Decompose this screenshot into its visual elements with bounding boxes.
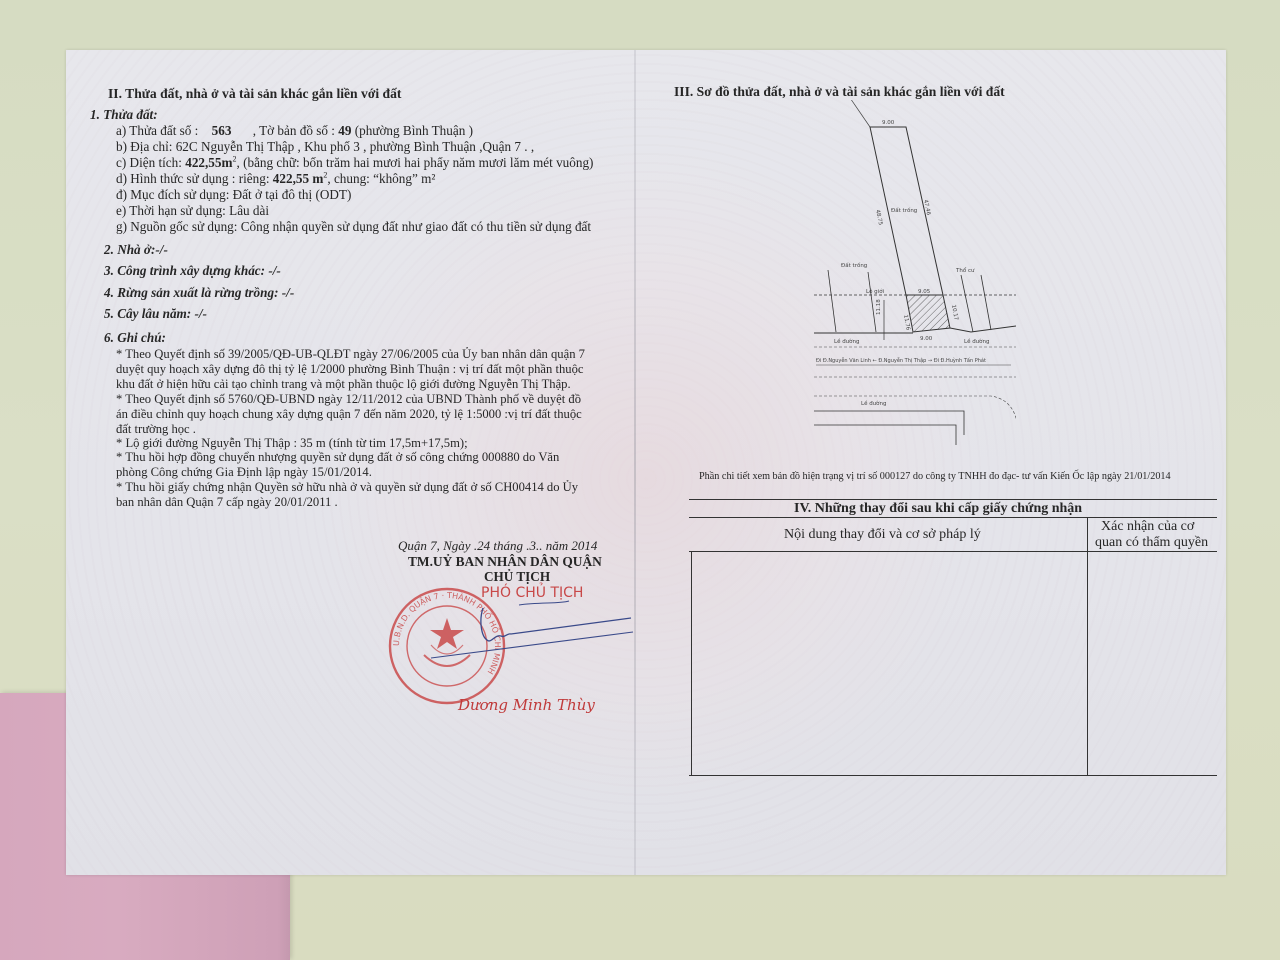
area-in-words: , (bằng chữ: bốn trăm hai mươi hai phẩy …: [236, 155, 593, 170]
signer-name: Dương Minh Thùy: [458, 697, 595, 713]
section-2-title: II. Thửa đất, nhà ở và tài sản khác gắn …: [108, 86, 401, 102]
map-number: 49: [338, 123, 351, 138]
usage-origin: g) Nguồn gốc sử dụng: Công nhận quyền sử…: [116, 219, 591, 235]
parcel-diagram: 9.00 48.75 47.46 Đất trống Đất trống Thổ…: [806, 100, 1016, 460]
land-heading: 1. Thửa đất:: [90, 107, 158, 123]
area-line: c) Diện tích: 422,55m2, (bằng chữ: bốn t…: [116, 155, 593, 171]
note-line: ban nhân dân Quận 7 cấp ngày 20/01/2011 …: [116, 494, 338, 510]
svg-text:Lề đường: Lề đường: [861, 399, 887, 407]
section-3-title: III. Sơ đồ thửa đất, nhà ở và tài sản kh…: [674, 84, 1005, 100]
perennial-trees-item: 5. Cây lâu năm: -/-: [104, 306, 207, 322]
note-line: duyệt quy hoạch xây dựng đô thị tỷ lệ 1/…: [116, 361, 583, 377]
svg-text:Đi Đ.Nguyễn Văn Linh ← Đ.Nguy: Đi Đ.Nguyễn Văn Linh ← Đ.Nguyễn Thị Thập…: [816, 357, 986, 364]
issuing-authority: TM.UỶ BAN NHÂN DÂN QUẬN: [408, 554, 602, 570]
diagram-footnote: Phần chi tiết xem bản đồ hiện trạng vị t…: [699, 469, 1171, 485]
parcel-label: a) Thửa đất số :: [116, 123, 198, 138]
svg-text:Đất trống: Đất trống: [841, 262, 867, 269]
svg-text:Lề đường: Lề đường: [834, 337, 860, 345]
parcel-line: a) Thửa đất số : 563 , Tờ bản đồ số : 49…: [116, 123, 473, 139]
note-line: * Theo Quyết định số 39/2005/QĐ-UB-QLĐT …: [116, 346, 585, 362]
area-value: 422,55m: [185, 155, 232, 170]
address-line: b) Địa chỉ: 62C Nguyễn Thị Thập , Khu ph…: [116, 139, 534, 155]
usage-term: e) Thời hạn sử dụng: Lâu dài: [116, 203, 269, 219]
usage-form-label: d) Hình thức sử dụng : riêng:: [116, 171, 269, 186]
shared-area: , chung: “không” m²: [327, 171, 435, 186]
section-4-title: IV. Những thay đổi sau khi cấp giấy chứn…: [794, 501, 1082, 517]
column-header-authority-line2: quan có thẩm quyền: [1095, 535, 1208, 551]
column-header-authority-line1: Xác nhận của cơ: [1101, 519, 1194, 535]
other-construction-item: 3. Công trình xây dựng khác: -/-: [104, 263, 281, 279]
usage-purpose: đ) Mục đích sử dụng: Đất ở tại đô thị (O…: [116, 187, 351, 203]
svg-text:11.76: 11.76: [902, 314, 911, 331]
svg-text:Lộ giới: Lộ giới: [866, 288, 885, 295]
column-header-change-content: Nội dung thay đổi và cơ sở pháp lý: [784, 527, 981, 543]
svg-text:10.17: 10.17: [950, 304, 959, 321]
note-line: phòng Công chứng Gia Định lập ngày 15/01…: [116, 464, 372, 480]
note-line: khu đất ở hiện hữu cải tạo chỉnh trang v…: [116, 376, 571, 392]
parcel-number: 563: [212, 123, 232, 138]
svg-text:Đất trống: Đất trống: [891, 207, 917, 214]
note-line: * Thu hồi giấy chứng nhận Quyền sở hữu n…: [116, 479, 578, 495]
notes-heading: 6. Ghi chú:: [104, 330, 166, 346]
signer-role: CHỦ TỊCH: [484, 569, 550, 585]
note-line: án điều chỉnh quy hoạch chung xây dựng q…: [116, 406, 582, 422]
svg-text:48.75: 48.75: [874, 209, 883, 226]
changes-table: IV. Những thay đổi sau khi cấp giấy chứn…: [689, 499, 1217, 775]
svg-text:9.00: 9.00: [882, 120, 895, 126]
svg-text:9.05: 9.05: [918, 289, 931, 295]
svg-text:Thổ cư: Thổ cư: [955, 267, 975, 274]
signing-date: Quận 7, Ngày .24 tháng .3.. năm 2014: [398, 538, 597, 554]
ward: (phường Bình Thuận ): [355, 123, 473, 138]
svg-text:Lề đường: Lề đường: [964, 337, 990, 345]
map-label: , Tờ bản đồ số :: [253, 123, 335, 138]
usage-form-line: d) Hình thức sử dụng : riêng: 422,55 m2,…: [116, 171, 435, 187]
certificate-page: II. Thửa đất, nhà ở và tài sản khác gắn …: [66, 50, 1226, 875]
center-fold: [634, 50, 636, 875]
svg-text:11.18: 11.18: [876, 299, 882, 315]
signature-scribble: [421, 600, 641, 660]
house-item: 2. Nhà ở:-/-: [104, 242, 168, 258]
svg-text:9.00: 9.00: [920, 336, 933, 342]
production-forest-item: 4. Rừng sản xuất là rừng trồng: -/-: [104, 285, 294, 301]
area-label: c) Diện tích:: [116, 155, 182, 170]
private-area: 422,55 m: [273, 171, 324, 186]
note-line: * Thu hồi hợp đồng chuyển nhượng quyền s…: [116, 449, 559, 465]
note-line: * Theo Quyết định số 5760/QĐ-UBND ngày 1…: [116, 391, 581, 407]
